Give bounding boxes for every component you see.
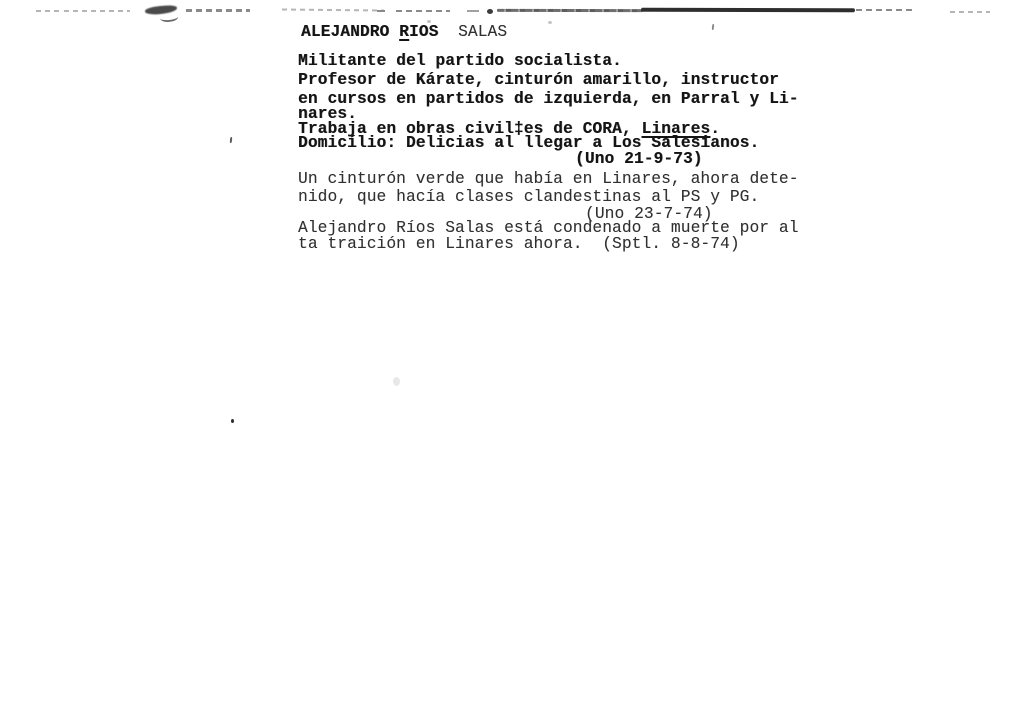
title-name-underlined: R (399, 23, 409, 41)
scan-artifact (487, 9, 493, 14)
scan-artifact (159, 12, 178, 23)
document-line: Profesor de Kárate, cinturón amarillo, i… (298, 72, 779, 88)
scan-artifact (950, 11, 990, 13)
scan-artifact (36, 10, 60, 12)
scan-artifact (712, 24, 715, 30)
document-line: Un cinturón verde que había en Linares, … (298, 171, 799, 187)
title-surname: SALAS (438, 23, 507, 41)
scan-artifact (548, 21, 552, 24)
scan-artifact (377, 10, 385, 12)
document-title: ALEJANDRO RIOS SALAS (301, 24, 507, 40)
scan-artifact (497, 9, 643, 12)
document-line: Alejandro Ríos Salas está condenado a mu… (298, 220, 799, 236)
source-citation: (Uno 21-9-73) (575, 151, 703, 167)
document-line: en cursos en partidos de izquierda, en P… (298, 91, 799, 107)
scan-artifact (396, 10, 450, 12)
document-line: Domicílio: Delicias al llegar a Los Sale… (298, 135, 759, 151)
title-name-first: ALEJANDRO (301, 23, 399, 41)
document-line: nido, que hacía clases clandestinas al P… (298, 189, 759, 205)
document-line: Militante del partido socialista. (298, 53, 622, 69)
scan-artifact (467, 10, 479, 12)
scan-artifact (230, 137, 233, 143)
scan-artifact (641, 8, 855, 13)
scan-artifact (231, 419, 234, 423)
title-name-rest: IOS (409, 23, 438, 41)
scan-artifact (186, 9, 250, 12)
scan-artifact (64, 10, 130, 12)
scanned-document-page: ALEJANDRO RIOS SALAS Militante del parti… (0, 0, 1012, 717)
document-line: ta traición en Linares ahora. (Sptl. 8-8… (298, 236, 740, 252)
scan-artifact (393, 377, 400, 386)
scan-artifact (856, 9, 914, 11)
scan-artifact (282, 8, 384, 11)
